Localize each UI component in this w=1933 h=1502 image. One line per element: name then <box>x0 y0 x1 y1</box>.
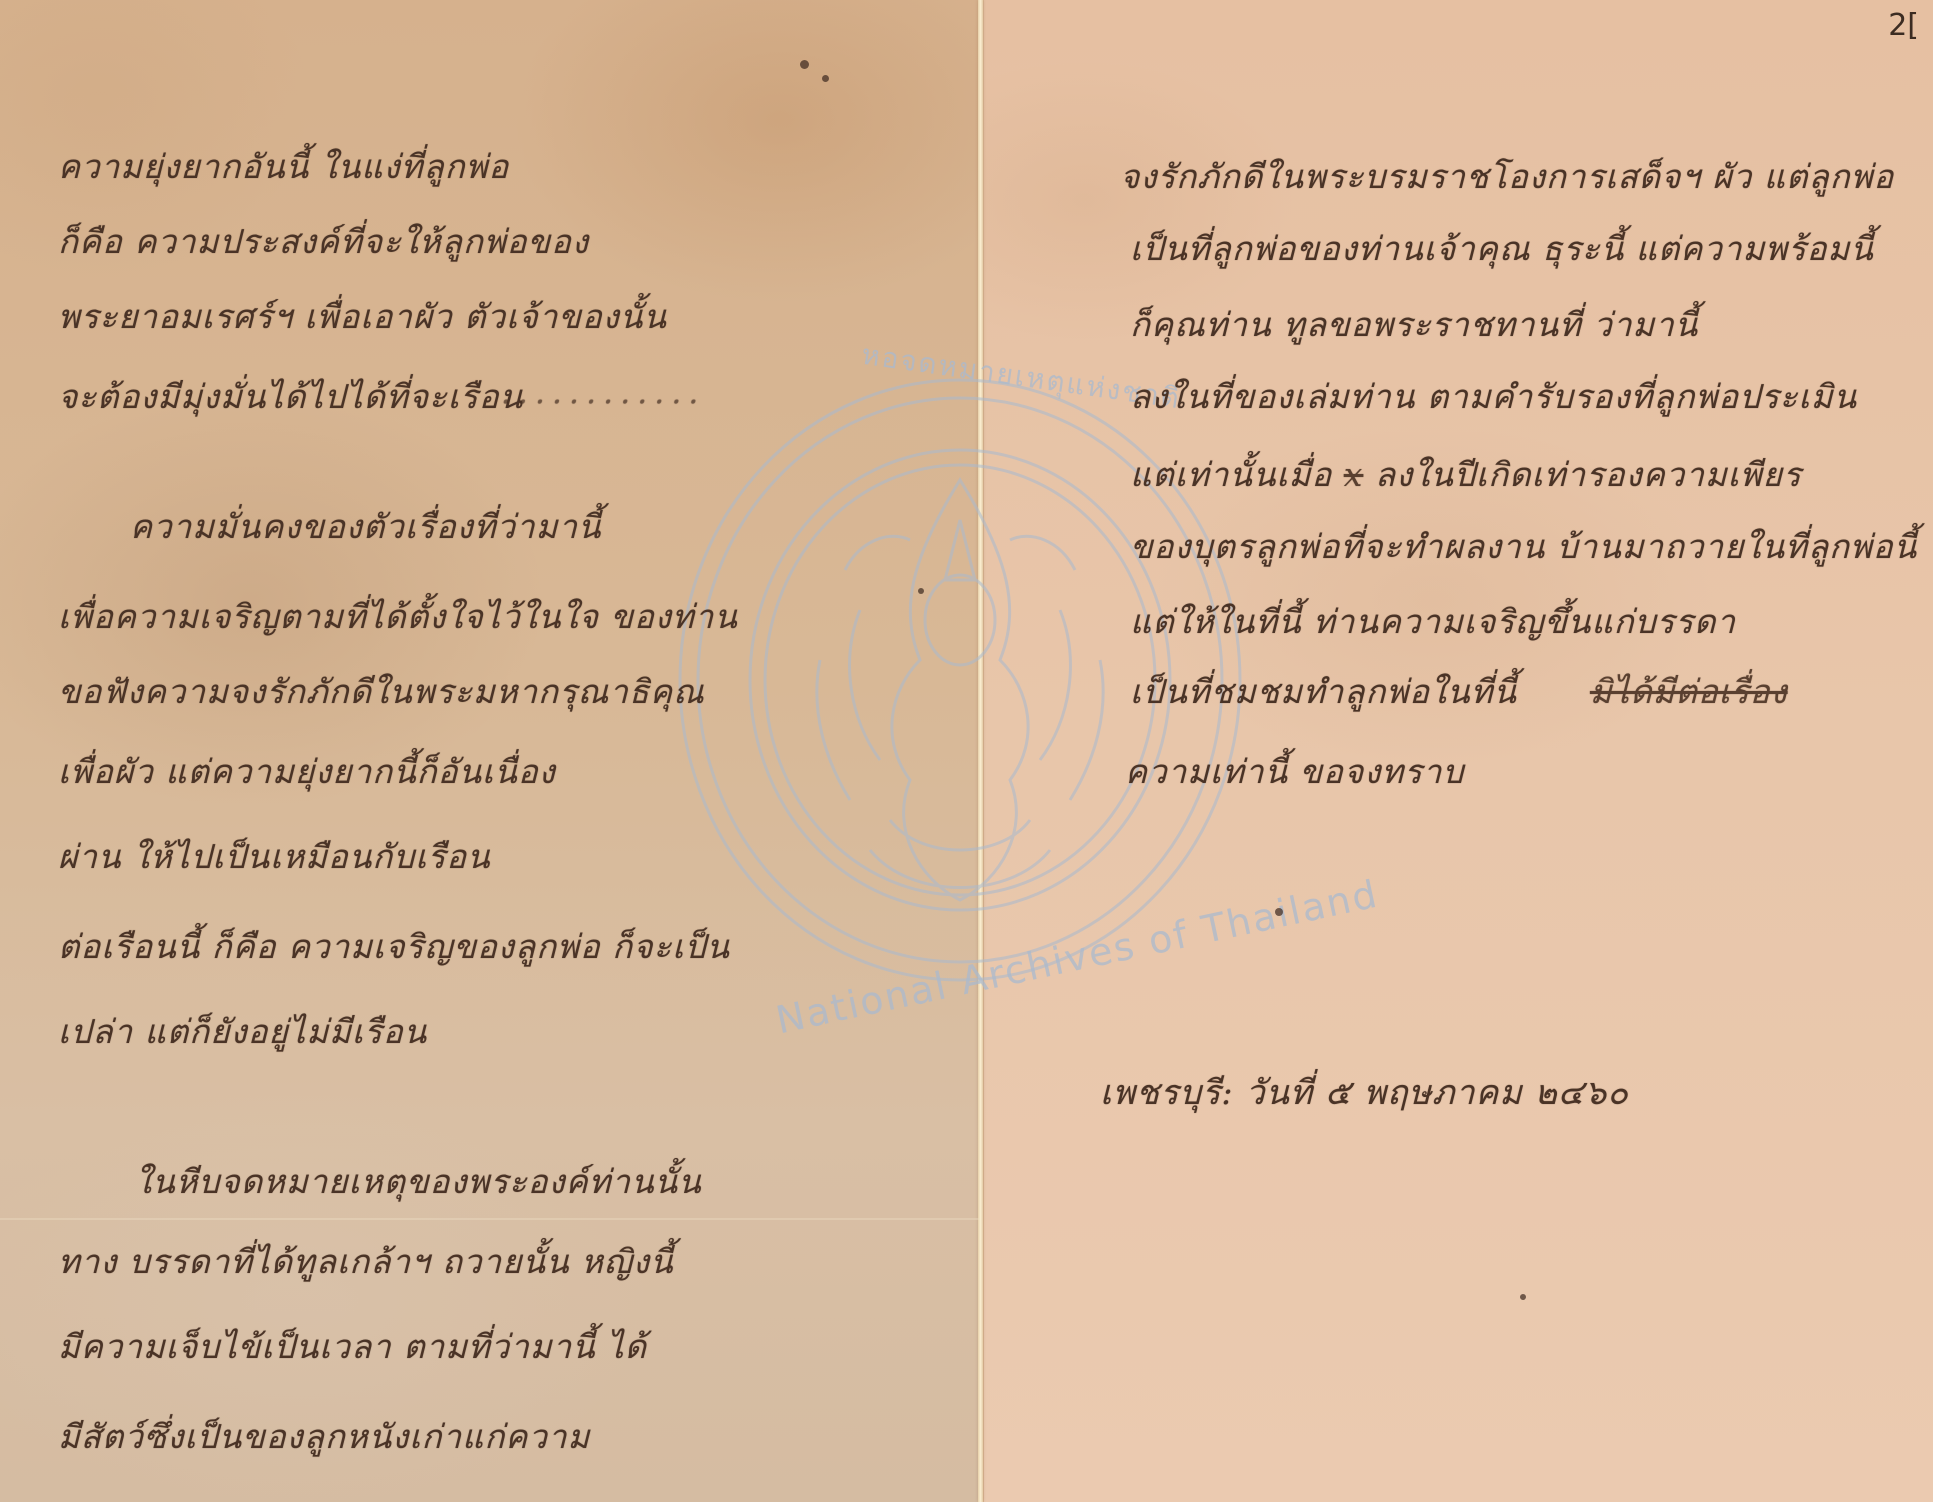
struck-text: มิได้มีต่อเรื่อง <box>1590 672 1788 711</box>
handwritten-line: เพื่อความเจริญตามที่ได้ตั้งใจไว้ในใจ ของ… <box>58 590 738 643</box>
line-text: ลงในปีเกิดเท่ารองความเพียร <box>1375 455 1802 494</box>
handwritten-line: ความยุ่งยากอันนี้ ในแง่ที่ลูกพ่อ <box>58 140 509 193</box>
handwritten-line: มีความเจ็บไข้เป็นเวลา ตามที่ว่ามานี้ ได้ <box>58 1320 647 1373</box>
document-scan: หอจดหมายเหตุแห่งชาติ National Archives o… <box>0 0 1933 1502</box>
handwritten-line: เปล่า แต่ก็ยังอยู่ไม่มีเรือน <box>58 1005 427 1058</box>
paper-speck <box>918 588 924 594</box>
handwritten-line: เพื่อผัว แต่ความยุ่งยากนี้ก็อันเนื่อง <box>58 745 556 798</box>
line-text: เป็นที่ชมชมทำลูกพ่อในที่นี้ <box>1130 672 1517 711</box>
line-text: แต่เท่านั้นเมื่อ <box>1130 455 1332 494</box>
handwritten-line: ความมั่นคงของตัวเรื่องที่ว่ามานี้ <box>130 500 601 553</box>
page-number: 2[ <box>1888 8 1919 43</box>
handwritten-line: ก็คุณท่าน ทูลขอพระราชทานที่ ว่ามานี้ <box>1130 298 1698 351</box>
horizontal-crease <box>0 1218 980 1220</box>
bleedthrough-text: ꞏ ꞏ ꞏ ꞏ ꞏ ꞏ ꞏ ꞏ ꞏ ꞏ ꞏ ꞏ <box>500 385 696 418</box>
handwritten-line: ทาง บรรดาที่ได้ทูลเกล้าฯ ถวายนั้น หญิงนี… <box>58 1235 674 1288</box>
handwritten-line: ในหีบจดหมายเหตุของพระองค์ท่านนั้น <box>135 1155 702 1208</box>
handwritten-line: เป็นที่ลูกพ่อของท่านเจ้าคุณ ธุระนี้ แต่ค… <box>1130 222 1874 275</box>
struck-text: x <box>1344 455 1364 494</box>
handwritten-line: ความเท่านี้ ขอจงทราบ <box>1125 745 1464 798</box>
paper-speck <box>1275 908 1283 916</box>
center-fold <box>978 0 983 1502</box>
handwritten-line: ต่อเรือนนี้ ก็คือ ความเจริญของลูกพ่อ ก็จ… <box>58 920 730 973</box>
handwritten-line: ผ่าน ให้ไปเป็นเหมือนกับเรือน <box>58 830 491 883</box>
date-line: เพชรบุรี: วันที่ ๕ พฤษภาคม ๒๔๖๐ <box>1100 1065 1629 1119</box>
handwritten-line: แต่เท่านั้นเมื่อ x ลงในปีเกิดเท่ารองความ… <box>1130 448 1802 501</box>
handwritten-line: ของบุตรลูกพ่อที่จะทำผลงาน บ้านมาถวายในที… <box>1130 520 1917 573</box>
handwritten-line: แต่ให้ในที่นี้ ท่านความเจริญขึ้นแก่บรรดา <box>1130 595 1736 648</box>
handwritten-line: เป็นที่ชมชมทำลูกพ่อในที่นี้ มิได้มีต่อเร… <box>1130 665 1788 718</box>
handwritten-line: จะต้องมีมุ่งมั่นได้ไปได้ที่จะเรือน <box>58 370 523 423</box>
handwritten-line: ลงในที่ของเล่มท่าน ตามคำรับรองที่ลูกพ่อป… <box>1130 370 1857 423</box>
paper-speck <box>1520 1294 1526 1300</box>
handwritten-line: จงรักภักดีในพระบรมราชโองการเสด็จฯ ผัว แต… <box>1120 150 1894 203</box>
handwritten-line: ก็คือ ความประสงค์ที่จะให้ลูกพ่อของ <box>58 215 589 268</box>
handwritten-line: มีสัตว์ซึ่งเป็นของลูกหนังเก่าแก่ความ <box>58 1410 590 1463</box>
handwritten-line: ขอฟังความจงรักภักดีในพระมหากรุณาธิคุณ <box>58 665 705 718</box>
handwritten-line: พระยาอมเรศร์ฯ เพื่อเอาผัว ตัวเจ้าของนั้น <box>58 290 667 343</box>
paper-speck <box>822 75 829 82</box>
paper-speck <box>800 60 809 69</box>
